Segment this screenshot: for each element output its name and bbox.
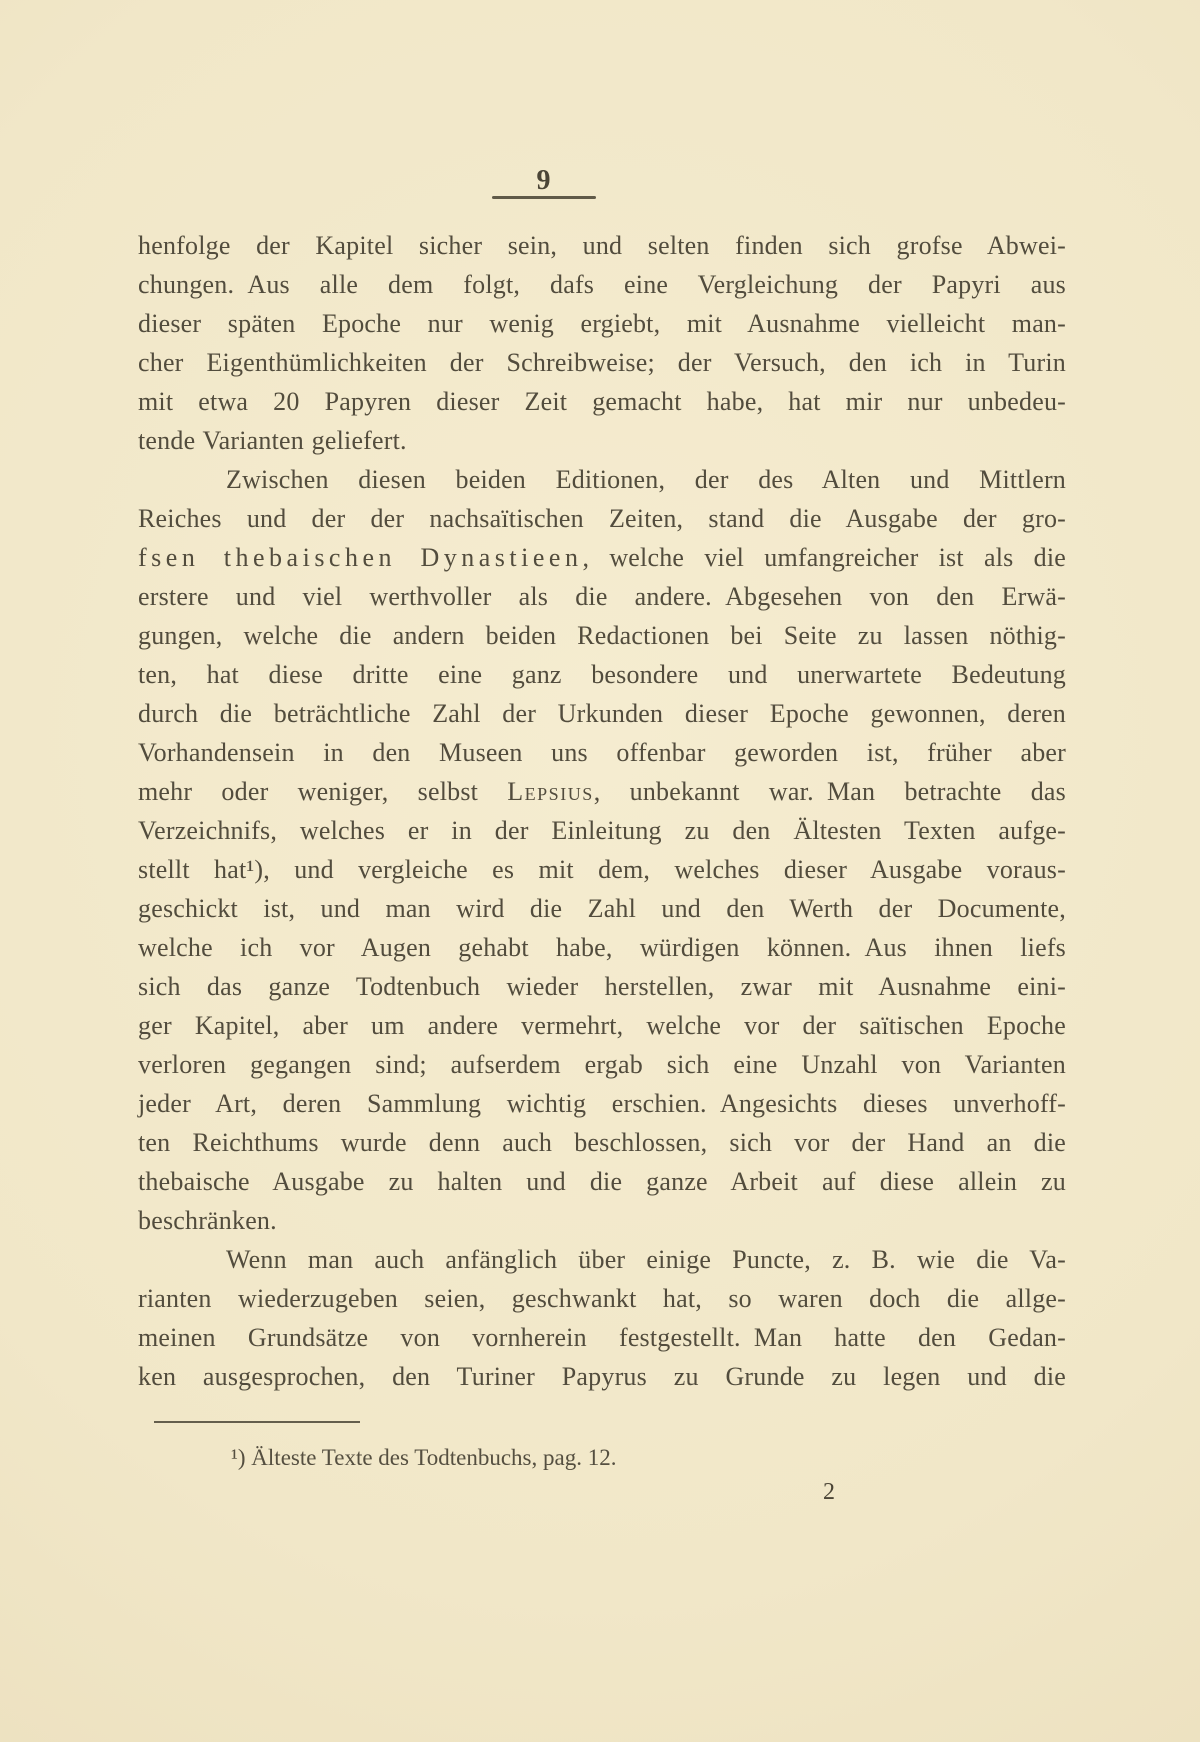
line-text: rianten wiederzugeben seien, geschwankt … <box>138 1284 1066 1313</box>
text-line: Verzeichnifs, welches er in der Einleitu… <box>138 811 1066 850</box>
line-text: ten Reichthums wurde denn auch beschloss… <box>138 1128 1066 1157</box>
body-text-block: henfolge der Kapitel sicher sein, und se… <box>138 226 1066 1396</box>
line-text: chungen. Aus alle dem folgt, dafs eine V… <box>138 270 1066 299</box>
line-text: meinen Grundsätze von vornherein festges… <box>138 1323 1066 1352</box>
text-line: erstere und viel werthvoller als die and… <box>138 577 1066 616</box>
text-line: jeder Art, deren Sammlung wichtig erschi… <box>138 1084 1066 1123</box>
text-line: Vorhandensein in den Museen uns offenbar… <box>138 733 1066 772</box>
text-line: thebaische Ausgabe zu halten und die gan… <box>138 1162 1066 1201</box>
line-text: cher Eigenthümlichkeiten der Schreibweis… <box>138 348 1066 377</box>
smallcaps-text: Lepsius <box>507 777 593 806</box>
text-line: mit etwa 20 Papyren dieser Zeit gemacht … <box>138 382 1066 421</box>
text-line: meinen Grundsätze von vornherein festges… <box>138 1318 1066 1357</box>
text-line: dieser späten Epoche nur wenig ergiebt, … <box>138 304 1066 343</box>
text-line: ten Reichthums wurde denn auch beschloss… <box>138 1123 1066 1162</box>
line-text: thebaische Ausgabe zu halten und die gan… <box>138 1167 1066 1196</box>
line-text: ger Kapitel, aber um andere vermehrt, we… <box>138 1011 1066 1040</box>
footnote: ¹) Älteste Texte des Todtenbuchs, pag. 1… <box>231 1443 931 1473</box>
text-line: ken ausgesprochen, den Turiner Papyrus z… <box>138 1357 1066 1396</box>
text-line: mehr oder weniger, selbst Lepsius, unbek… <box>138 772 1066 811</box>
line-text: durch die beträchtliche Zahl der Urkunde… <box>138 699 1066 728</box>
line-text: Wenn man auch anfänglich über einige Pun… <box>226 1245 1066 1274</box>
line-text: Vorhandensein in den Museen uns offenbar… <box>138 738 1066 767</box>
text-line: stellt hat¹), und vergleiche es mit dem,… <box>138 850 1066 889</box>
line-text: henfolge der Kapitel sicher sein, und se… <box>138 231 1066 260</box>
line-text: mehr oder weniger, selbst <box>138 777 507 806</box>
page-number-rule <box>492 196 596 199</box>
text-line: beschränken. <box>138 1201 1066 1240</box>
line-text: jeder Art, deren Sammlung wichtig erschi… <box>138 1089 1066 1118</box>
line-text: Reiches und der der nachsaïtischen Zeite… <box>138 504 1066 533</box>
text-line: chungen. Aus alle dem folgt, dafs eine V… <box>138 265 1066 304</box>
footnote-rule <box>154 1421 360 1423</box>
line-text: geschickt ist, und man wird die Zahl und… <box>138 894 1066 923</box>
line-text: mit etwa 20 Papyren dieser Zeit gemacht … <box>138 387 1066 416</box>
line-text: ken ausgesprochen, den Turiner Papyrus z… <box>138 1362 1066 1391</box>
text-line: geschickt ist, und man wird die Zahl und… <box>138 889 1066 928</box>
line-text: erstere und viel werthvoller als die and… <box>138 582 1066 611</box>
text-line: henfolge der Kapitel sicher sein, und se… <box>138 226 1066 265</box>
text-line: sich das ganze Todtenbuch wieder herstel… <box>138 967 1066 1006</box>
text-line: tende Varianten geliefert. <box>138 421 1066 460</box>
text-line: Wenn man auch anfänglich über einige Pun… <box>138 1240 1066 1279</box>
text-line: fsen thebaischen Dynastieen, welche viel… <box>138 538 1066 577</box>
line-text: , welche viel umfangreicher ist als die <box>582 543 1066 572</box>
text-line: cher Eigenthümlichkeiten der Schreibweis… <box>138 343 1066 382</box>
line-text: tende Varianten geliefert. <box>138 426 407 455</box>
line-text: Zwischen diesen beiden Editionen, der de… <box>226 465 1066 494</box>
line-text: Verzeichnifs, welches er in der Einleitu… <box>138 816 1066 845</box>
text-line: durch die beträchtliche Zahl der Urkunde… <box>138 694 1066 733</box>
line-text: stellt hat¹), und vergleiche es mit dem,… <box>138 855 1066 884</box>
text-line: welche ich vor Augen gehabt habe, würdig… <box>138 928 1066 967</box>
line-text: beschränken. <box>138 1206 277 1235</box>
line-text: welche ich vor Augen gehabt habe, würdig… <box>138 933 1066 962</box>
line-text: gungen, welche die andern beiden Redacti… <box>138 621 1066 650</box>
book-page: 9 henfolge der Kapitel sicher sein, und … <box>0 0 1200 1742</box>
line-text: dieser späten Epoche nur wenig ergiebt, … <box>138 309 1066 338</box>
sheet-signature: 2 <box>816 1479 842 1506</box>
line-text: , unbekannt war. Man betrachte das <box>594 777 1066 806</box>
text-line: verloren gegangen sind; aufserdem ergab … <box>138 1045 1066 1084</box>
text-line: Zwischen diesen beiden Editionen, der de… <box>138 460 1066 499</box>
text-line: ten, hat diese dritte eine ganz besonder… <box>138 655 1066 694</box>
text-line: ger Kapitel, aber um andere vermehrt, we… <box>138 1006 1066 1045</box>
text-line: gungen, welche die andern beiden Redacti… <box>138 616 1066 655</box>
line-text: verloren gegangen sind; aufserdem ergab … <box>138 1050 1066 1079</box>
text-line: Reiches und der der nachsaïtischen Zeite… <box>138 499 1066 538</box>
page-number: 9 <box>492 165 596 197</box>
line-text: ten, hat diese dritte eine ganz besonder… <box>138 660 1066 689</box>
spaced-text: fsen thebaischen Dynastieen <box>138 543 582 572</box>
line-text: sich das ganze Todtenbuch wieder herstel… <box>138 972 1066 1001</box>
text-line: rianten wiederzugeben seien, geschwankt … <box>138 1279 1066 1318</box>
